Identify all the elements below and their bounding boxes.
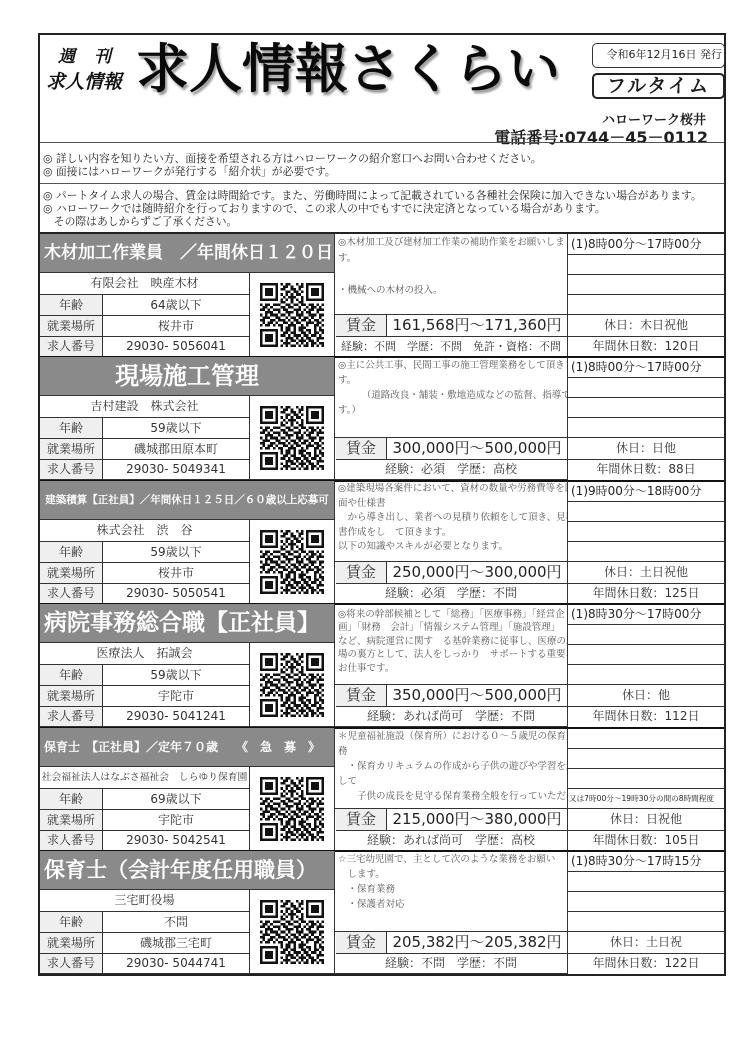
- schedule-row: 又は7時00分～19時30分の間の8時間程度: [568, 789, 724, 809]
- wage-label: 賃金: [336, 315, 387, 337]
- age-label: 年齢: [40, 912, 103, 933]
- wage-label: 賃金: [336, 809, 387, 831]
- location-label: 就業場所: [40, 563, 103, 584]
- job-listing: 建築積算【正社員】／年間休日１２５日／６０歳以上応募可 株式会社 渋 谷 年齢 …: [40, 481, 724, 604]
- age-value: 64歳以下: [103, 295, 250, 316]
- notice-line: その際はあしからずご了承ください。: [43, 215, 237, 228]
- category-badge: フルタイム: [592, 73, 725, 99]
- qr-code: [250, 890, 335, 974]
- job-description: ◎建築現場各案件において、資材の数量や労務費等を図 面や仕様書 から導き出し、業…: [335, 481, 568, 562]
- age-value: 59歳以下: [103, 542, 250, 563]
- location-value: 桜井市: [103, 316, 250, 337]
- wage-label: 賃金: [336, 932, 387, 954]
- schedule-row: [568, 912, 724, 932]
- company-name: 株式会社 渋 谷: [40, 520, 250, 542]
- qr-code-icon: [260, 406, 324, 470]
- job-title: 現場施工管理: [40, 357, 335, 396]
- qr-code-icon: [260, 530, 324, 594]
- schedule-row: [568, 872, 724, 892]
- job-number-value: 29030- 5044741: [103, 954, 250, 974]
- notice-line: ◎ 面接にはハローワークが発行する「紹介状」が必要です。: [43, 165, 336, 178]
- job-number-label: 求人番号: [40, 954, 103, 974]
- wage-value: 205,382円～205,382円: [387, 932, 568, 954]
- description-line: [338, 267, 567, 283]
- qr-code-icon: [260, 653, 324, 717]
- wage-label: 賃金: [336, 685, 387, 707]
- location-label: 就業場所: [40, 439, 103, 460]
- page-title: 求人情報さくらい: [136, 38, 560, 102]
- location-label: 就業場所: [40, 686, 103, 707]
- weekly-label: 週 刊: [58, 42, 112, 67]
- schedule-row: [568, 255, 724, 275]
- description-line: す。）: [338, 403, 567, 418]
- requirements: 経験：不問 学歴：不問: [335, 954, 568, 974]
- schedule-row: [568, 295, 724, 315]
- wage-value: 300,000円～500,000円: [387, 438, 568, 460]
- age-value: 69歳以下: [103, 789, 250, 810]
- wage-value: 350,000円～500,000円: [387, 685, 568, 707]
- age-label: 年齢: [40, 418, 103, 439]
- location-label: 就業場所: [40, 316, 103, 337]
- phone-number: 電話番号:0744－45－0112: [470, 125, 708, 148]
- job-number-label: 求人番号: [40, 460, 103, 480]
- qr-code: [250, 396, 335, 480]
- job-title: 保育士 【正社員】／定年７０歳 《 急 募 》: [40, 728, 335, 767]
- age-value: 59歳以下: [103, 665, 250, 686]
- schedule-row: [568, 522, 724, 542]
- description-line: お仕事です。: [338, 662, 567, 675]
- holidays: 休日：木日祝他: [568, 315, 724, 337]
- description-line: 面や仕様書: [338, 497, 567, 512]
- company-name: 社会福祉法人はなぶさ福祉会 しらゆり保育園: [40, 767, 250, 789]
- notice-line: ◎ ハローワークでは随時紹介を行っておりますので、この求人の中でもすでに決定済と…: [43, 202, 606, 215]
- description-line: して: [338, 774, 567, 789]
- description-line: す。: [338, 373, 567, 388]
- location-value: 宇陀市: [103, 810, 250, 831]
- job-description: ◎木材加工及び建材加工作業の補助作業をお願いしま す。 ・機械への木材の投入。: [335, 234, 568, 315]
- schedule-row: [568, 542, 724, 562]
- schedule-row: [568, 418, 724, 438]
- job-title: 保育士（会計年度任用職員）: [40, 851, 335, 890]
- job-listing: 保育士 【正社員】／定年７０歳 《 急 募 》 社会福祉法人はなぶさ福祉会 しら…: [40, 728, 724, 851]
- location-value: 磯城郡三宅町: [103, 933, 250, 954]
- age-value: 不問: [103, 912, 250, 933]
- schedule-row: (1)8時30分～17時15分: [568, 851, 724, 872]
- job-description: ☆三宅幼児園で、主として次のような業務をお願い します。 ・保育業務 ・保護者対…: [335, 851, 568, 932]
- divider: [40, 183, 724, 184]
- age-label: 年齢: [40, 665, 103, 686]
- requirements: 経験：あれば尚可 学歴：不問: [335, 707, 568, 727]
- schedule-row: (1)8時30分～17時00分: [568, 604, 724, 625]
- annual-holidays: 年間休日数：122日: [568, 954, 724, 974]
- schedule-row: [568, 625, 724, 645]
- qr-code-icon: [260, 283, 324, 347]
- age-value: 59歳以下: [103, 418, 250, 439]
- requirements: 経験：必須 学歴：不問: [335, 584, 568, 604]
- company-name: 吉村建設 株式会社: [40, 396, 250, 418]
- qr-code: [250, 643, 335, 727]
- job-number-value: 29030- 5056041: [103, 337, 250, 357]
- job-description: ◎主に公共工事、民間工事の施工管理業務をして頂きま す。 （道路改良・舗装・敷地…: [335, 357, 568, 438]
- job-listing: 保育士（会計年度任用職員） 三宅町役場 年齢 不問 就業場所 磯城郡三宅町 求人…: [40, 851, 724, 974]
- description-line: から導き出し、業者への見積り依頼をして頂き、見積: [338, 511, 567, 526]
- description-line: [338, 912, 567, 927]
- description-line: ◎主に公共工事、民間工事の施工管理業務をして頂きま: [338, 358, 567, 373]
- wage-value: 250,000円～300,000円: [387, 562, 568, 584]
- requirements: 経験：あれば尚可 学歴：高校: [335, 831, 568, 851]
- info-label: 求人情報: [46, 67, 122, 94]
- job-title: 病院事務総合職【正社員】: [40, 604, 335, 643]
- annual-holidays: 年間休日数：120日: [568, 337, 724, 357]
- job-number-value: 29030- 5050541: [103, 584, 250, 604]
- wage-value: 161,568円～171,360円: [387, 315, 568, 337]
- holidays: 休日：日祝他: [568, 809, 724, 831]
- annual-holidays: 年間休日数：105日: [568, 831, 724, 851]
- holidays: 休日：土日祝他: [568, 562, 724, 584]
- job-title: 建築積算【正社員】／年間休日１２５日／６０歳以上応募可: [40, 481, 335, 520]
- qr-code: [250, 767, 335, 851]
- company-name: 三宅町役場: [40, 890, 250, 912]
- qr-code: [250, 273, 335, 357]
- description-line: ・保護者対応: [338, 897, 567, 912]
- job-number-label: 求人番号: [40, 337, 103, 357]
- job-listing: 現場施工管理 吉村建設 株式会社 年齢 59歳以下 就業場所 磯城郡田原本町 求…: [40, 357, 724, 480]
- description-line: ☆三宅幼児園で、主として次のような業務をお願い: [338, 852, 567, 867]
- requirements: 経験：不問 学歴：不問 免許・資格：不問: [335, 337, 568, 357]
- description-line: 書作成をし て頂きます。: [338, 526, 567, 541]
- age-label: 年齢: [40, 542, 103, 563]
- location-value: 宇陀市: [103, 686, 250, 707]
- location-label: 就業場所: [40, 933, 103, 954]
- wage-label: 賃金: [336, 562, 387, 584]
- job-description: ＊児童福祉施設（保育所）における０～５歳児の保育業 務 ・保育カリキュラムの作成…: [335, 728, 568, 809]
- schedule-row: [568, 645, 724, 665]
- description-line: す。: [338, 251, 567, 267]
- holidays: 休日：日他: [568, 438, 724, 460]
- description-line: ＊児童福祉施設（保育所）における０～５歳児の保育業: [338, 729, 567, 744]
- schedule-row: [568, 728, 724, 749]
- job-listing: 木材加工作業員 ／年間休日１２０日 有限会社 映産木材 年齢 64歳以下 就業場…: [40, 234, 724, 357]
- schedule-row: [568, 892, 724, 912]
- job-number-label: 求人番号: [40, 707, 103, 727]
- issue-date: 令和6年12月16日 発行: [592, 43, 725, 68]
- description-line: [338, 299, 567, 315]
- schedule-row: [568, 502, 724, 522]
- annual-holidays: 年間休日数：88日: [568, 460, 724, 480]
- description-line: します。: [338, 867, 567, 882]
- location-label: 就業場所: [40, 810, 103, 831]
- requirements: 経験：必須 学歴：高校: [335, 460, 568, 480]
- job-listing: 病院事務総合職【正社員】 医療法人 拓誠会 年齢 59歳以下 就業場所 宇陀市 …: [40, 604, 724, 727]
- schedule-row: [568, 749, 724, 769]
- wage-value: 215,000円～380,000円: [387, 809, 568, 831]
- description-line: 画」「財務 会計」「情報システム管理」「施設管理」: [338, 621, 567, 634]
- annual-holidays: 年間休日数：125日: [568, 584, 724, 604]
- qr-code: [250, 520, 335, 604]
- job-number-value: 29030- 5041241: [103, 707, 250, 727]
- schedule-row: [568, 769, 724, 789]
- job-number-value: 29030- 5049341: [103, 460, 250, 480]
- schedule-row: [568, 378, 724, 398]
- qr-code-icon: [260, 900, 324, 964]
- holidays: 休日：他: [568, 685, 724, 707]
- schedule-row: (1)8時00分～17時00分: [568, 234, 724, 255]
- description-line: ・保育業務: [338, 882, 567, 897]
- notice-line: ◎ 詳しい内容を知りたい方、面接を希望される方はハローワークの紹介窓口へお問い合…: [43, 152, 542, 165]
- schedule-row: [568, 275, 724, 295]
- description-line: 子供の成長を見守る保育業務全般を行っていただき: [338, 789, 567, 804]
- schedule-row: (1)9時00分～18時00分: [568, 481, 724, 502]
- description-line: ◎建築現場各案件において、資材の数量や労務費等を図: [338, 482, 567, 497]
- schedule-row: [568, 665, 724, 685]
- description-line: 務: [338, 744, 567, 759]
- job-number-label: 求人番号: [40, 584, 103, 604]
- holidays: 休日：土日祝: [568, 932, 724, 954]
- schedule-row: (1)8時00分～17時00分: [568, 357, 724, 378]
- annual-holidays: 年間休日数：112日: [568, 707, 724, 727]
- job-title: 木材加工作業員 ／年間休日１２０日: [40, 234, 335, 273]
- company-name: 医療法人 拓誠会: [40, 643, 250, 665]
- location-value: 桜井市: [103, 563, 250, 584]
- description-line: ◎木材加工及び建材加工作業の補助作業をお願いしま: [338, 235, 567, 251]
- description-line: ・機械への木材の投入。: [338, 283, 567, 299]
- age-label: 年齢: [40, 295, 103, 316]
- description-line: （道路改良・舗装・敷地造成などの監督、指導で: [338, 388, 567, 403]
- job-description: ◎将来の幹部候補として「総務」「医療事務」「経営企 画」「財務 会計」「情報シス…: [335, 604, 568, 685]
- description-line: 以下の知識やスキルが必要となります。: [338, 540, 567, 555]
- job-number-label: 求人番号: [40, 831, 103, 851]
- description-line: ◎将来の幹部候補として「総務」「医療事務」「経営企: [338, 608, 567, 621]
- description-line: 場の裏方として、法人をしっかり サポートする重要な: [338, 648, 567, 661]
- description-line: [338, 418, 567, 433]
- qr-code-icon: [260, 777, 324, 841]
- notice-line: ◎ パートタイム求人の場合、賃金は時間給です。また、労働時間によって記載されてい…: [43, 189, 702, 202]
- description-line: など、病院運営に関す る基幹業務に従事し、医療の現: [338, 635, 567, 648]
- wage-label: 賃金: [336, 438, 387, 460]
- age-label: 年齢: [40, 789, 103, 810]
- location-value: 磯城郡田原本町: [103, 439, 250, 460]
- divider: [40, 142, 724, 143]
- description-line: ・保育カリキュラムの作成から子供の遊びや学習を通: [338, 759, 567, 774]
- job-number-value: 29030- 5042541: [103, 831, 250, 851]
- company-name: 有限会社 映産木材: [40, 273, 250, 295]
- schedule-row: [568, 398, 724, 418]
